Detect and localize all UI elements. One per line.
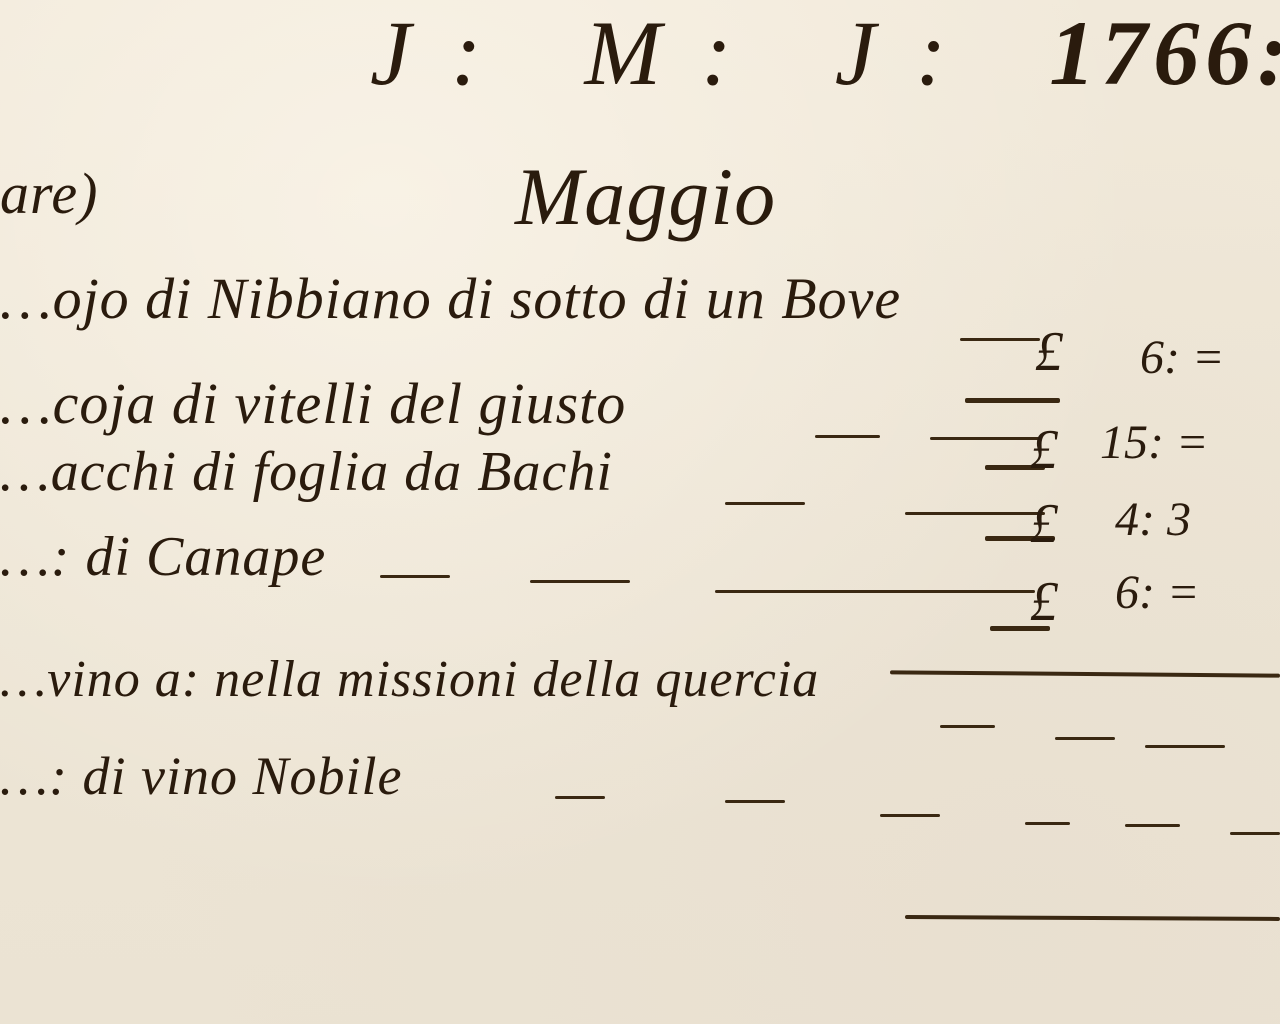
leader-dash: [555, 796, 605, 799]
leader-dash: [715, 590, 1035, 593]
entry-text: …coja di vitelli del giusto: [0, 370, 626, 437]
leader-dash: [815, 435, 880, 438]
leader-dash: [940, 725, 995, 728]
entry-text: …vino a: nella missioni della quercia: [0, 650, 819, 709]
leader-dash: [930, 437, 1040, 440]
header-initial-3: J:: [835, 2, 986, 104]
leader-dash: [530, 580, 630, 583]
leader-dash: [905, 512, 1045, 515]
leader-dash: [725, 800, 785, 803]
leader-dash: [965, 398, 1060, 403]
leader-dash: [880, 814, 940, 817]
entry-text: …: di vino Nobile: [0, 745, 402, 807]
entry-text: …acchi di foglia da Bachi: [0, 440, 613, 504]
entry-amount: 15: =: [1100, 415, 1208, 470]
page-header: J: M: J: 1766:: [370, 0, 1280, 106]
leader-dash: [960, 338, 1040, 341]
header-initial-2: M:: [584, 2, 771, 104]
lira-symbol: £: [1030, 570, 1058, 634]
lira-symbol: £: [1030, 492, 1058, 556]
entry-text: …: di Canape: [0, 525, 326, 589]
leader-dash: [1025, 822, 1070, 825]
leader-dash: [380, 575, 450, 578]
lira-symbol: £: [1035, 320, 1063, 384]
lira-symbol: £: [1030, 418, 1058, 482]
header-year: 1766:: [1049, 2, 1280, 104]
leader-dash: [1125, 824, 1180, 827]
header-initial-1: J:: [370, 2, 521, 104]
leader-dash: [1230, 832, 1280, 835]
leader-dash: [1055, 737, 1115, 740]
leader-dash: [725, 502, 805, 505]
entry-amount: 6: =: [1115, 565, 1199, 620]
entry-text: …ojo di Nibbiano di sotto di un Bove: [0, 265, 901, 332]
entry-amount: 6: =: [1140, 330, 1224, 385]
month-heading: Maggio: [515, 150, 776, 244]
section-fragment: are): [0, 160, 98, 227]
leader-dash: [1145, 745, 1225, 748]
entry-amount: 4: 3: [1115, 492, 1191, 547]
